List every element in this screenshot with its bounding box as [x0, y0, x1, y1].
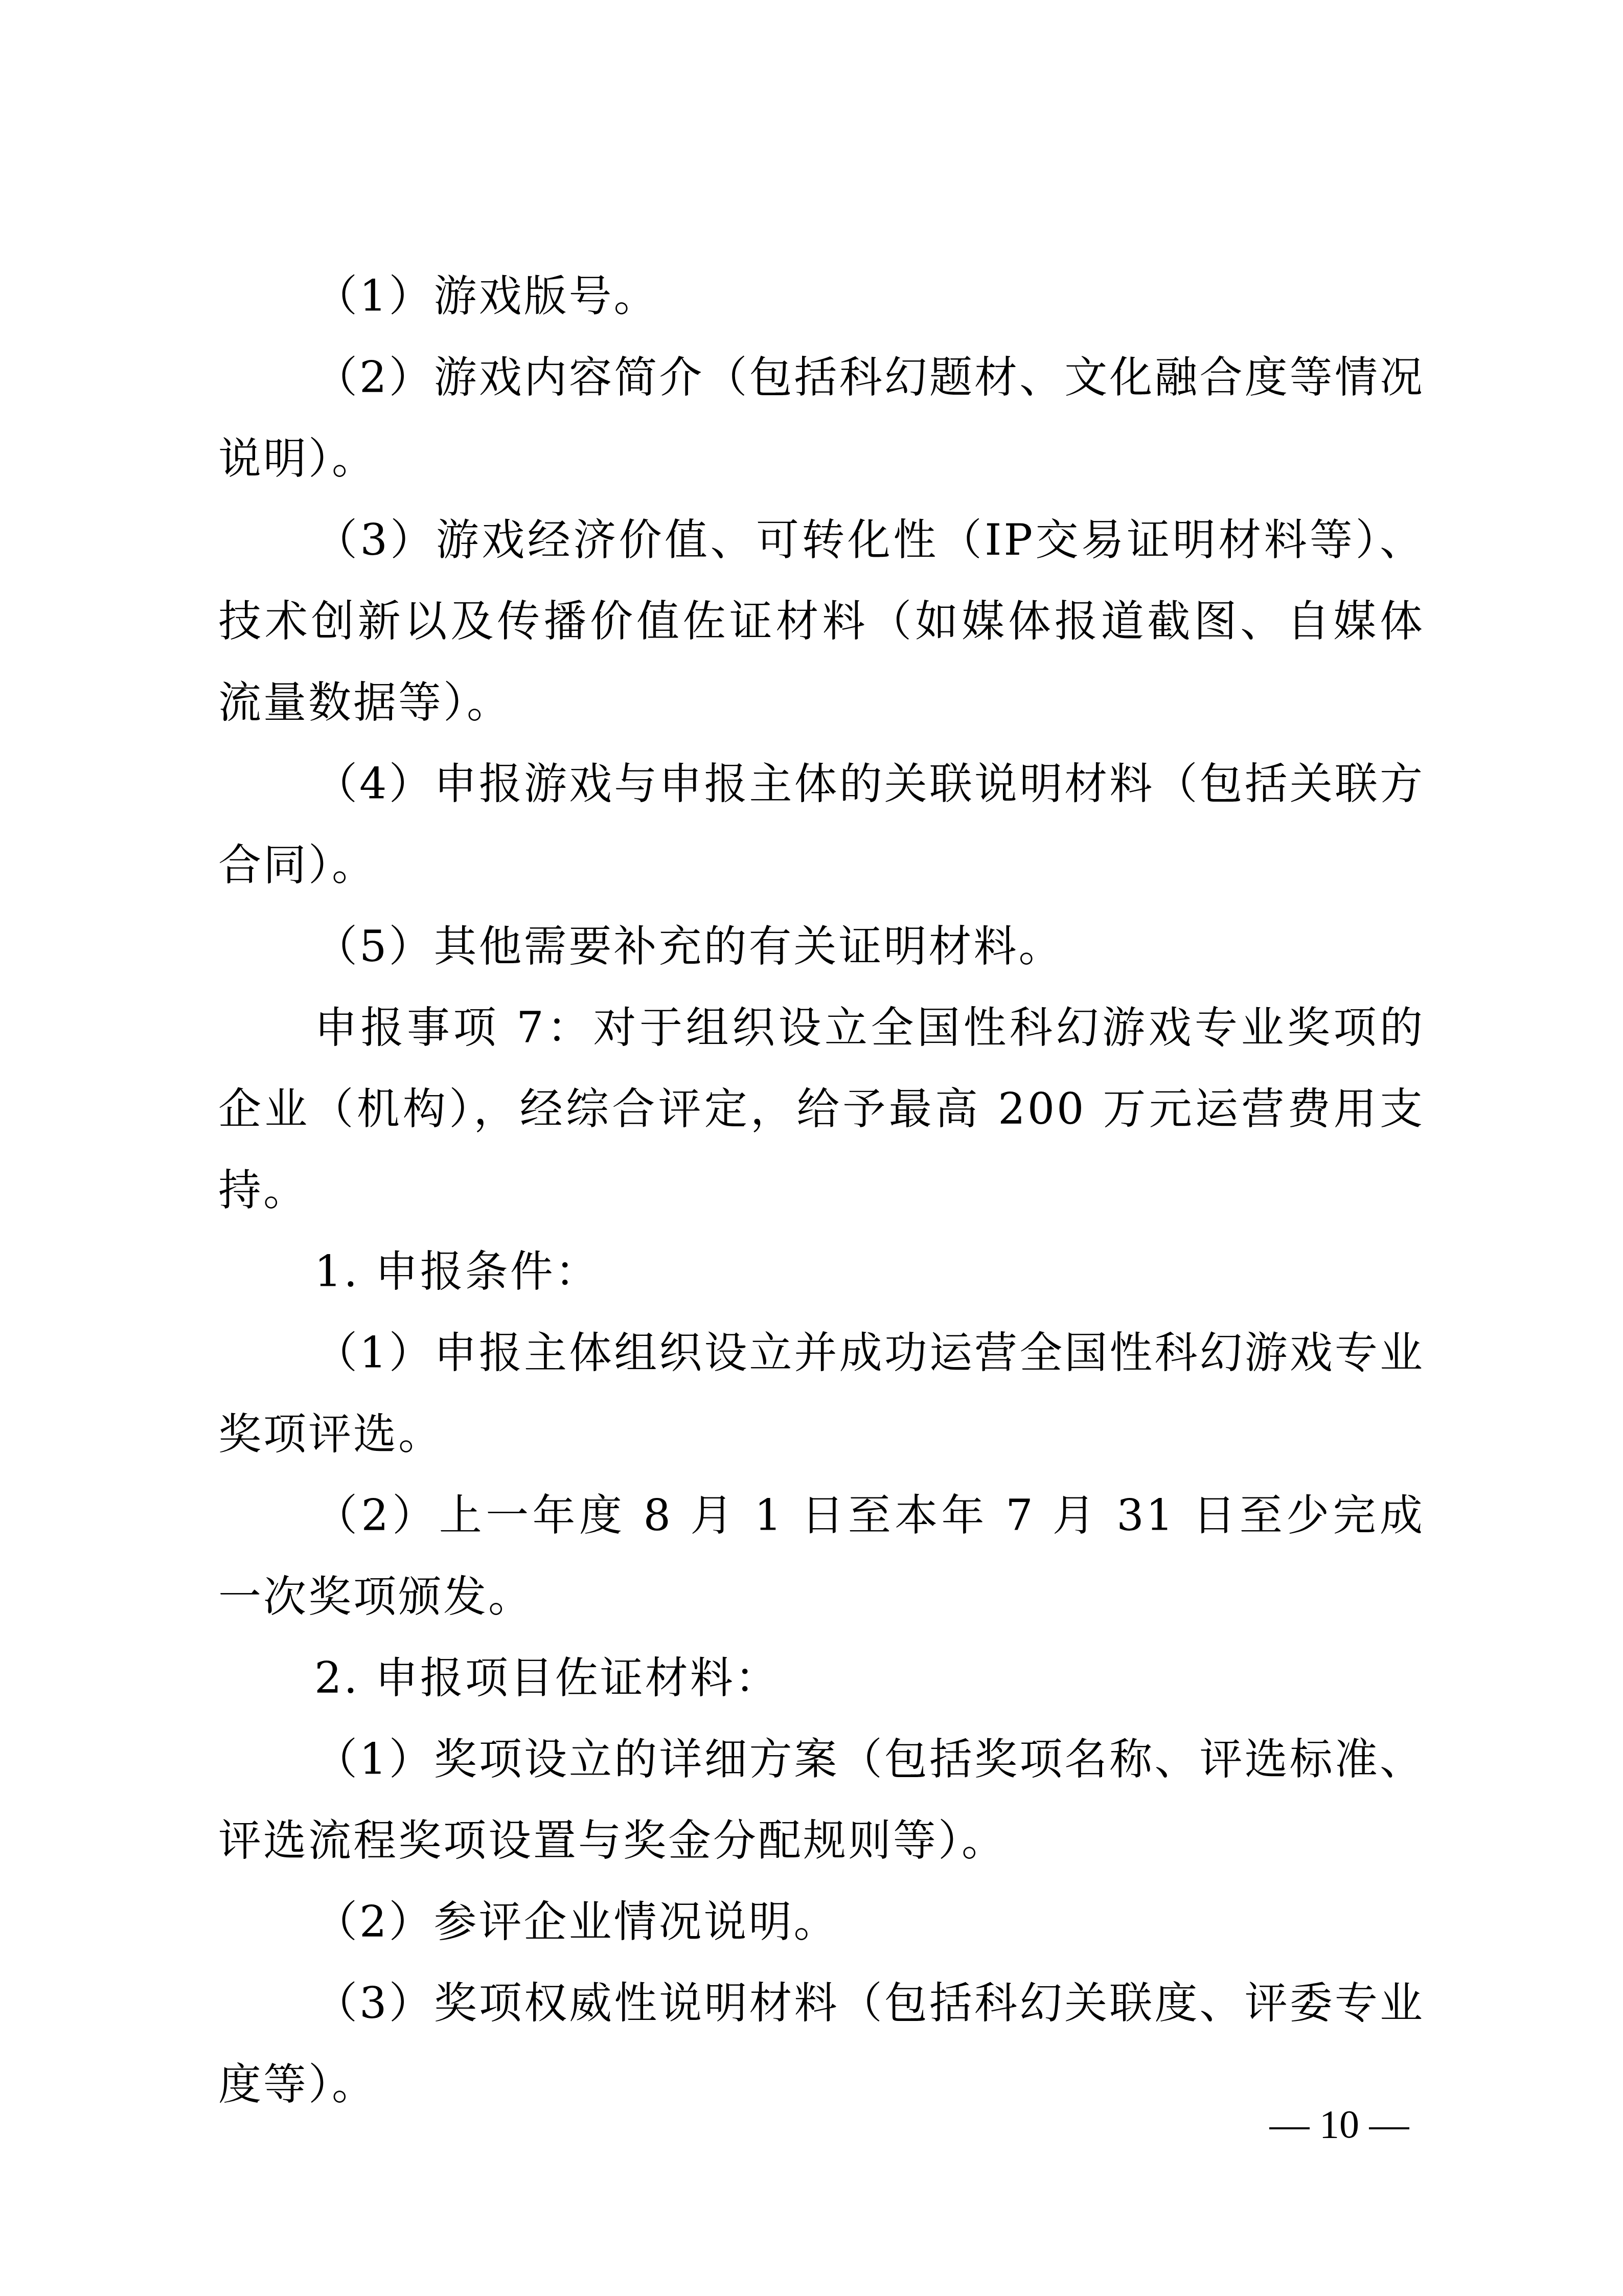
page-number: — 10 — — [1247, 2094, 1431, 2155]
document-page: （1）游戏版号。 （2）游戏内容简介（包括科幻题材、文化融合度等情况说明）。 （… — [218, 256, 1425, 2125]
list-item-game-license: （1）游戏版号。 — [218, 256, 1425, 337]
subsection-evidence-heading: 2. 申报项目佐证材料： — [218, 1638, 1425, 1719]
list-item-game-intro: （2）游戏内容简介（包括科幻题材、文化融合度等情况说明）。 — [218, 337, 1425, 499]
evidence-item-2: （2）参评企业情况说明。 — [218, 1881, 1425, 1963]
evidence-item-1: （1）奖项设立的详细方案（包括奖项名称、评选标准、评选流程奖项设置与奖金分配规则… — [218, 1719, 1425, 1881]
condition-item-1: （1）申报主体组织设立并成功运营全国性科幻游戏专业奖项评选。 — [218, 1312, 1425, 1475]
section-item-7-heading: 申报事项 7：对于组织设立全国性科幻游戏专业奖项的企业（机构），经综合评定，给予… — [218, 987, 1425, 1231]
list-item-association-materials: （4）申报游戏与申报主体的关联说明材料（包括关联方合同）。 — [218, 743, 1425, 906]
list-item-economic-value-evidence: （3）游戏经济价值、可转化性（IP交易证明材料等）、技术创新以及传播价值佐证材料… — [218, 499, 1425, 743]
evidence-item-3: （3）奖项权威性说明材料（包括科幻关联度、评委专业度等）。 — [218, 1963, 1425, 2125]
condition-item-2: （2）上一年度 8 月 1 日至本年 7 月 31 日至少完成一次奖项颁发。 — [218, 1475, 1425, 1638]
subsection-conditions-heading: 1. 申报条件： — [218, 1231, 1425, 1312]
list-item-other-materials: （5）其他需要补充的有关证明材料。 — [218, 906, 1425, 987]
